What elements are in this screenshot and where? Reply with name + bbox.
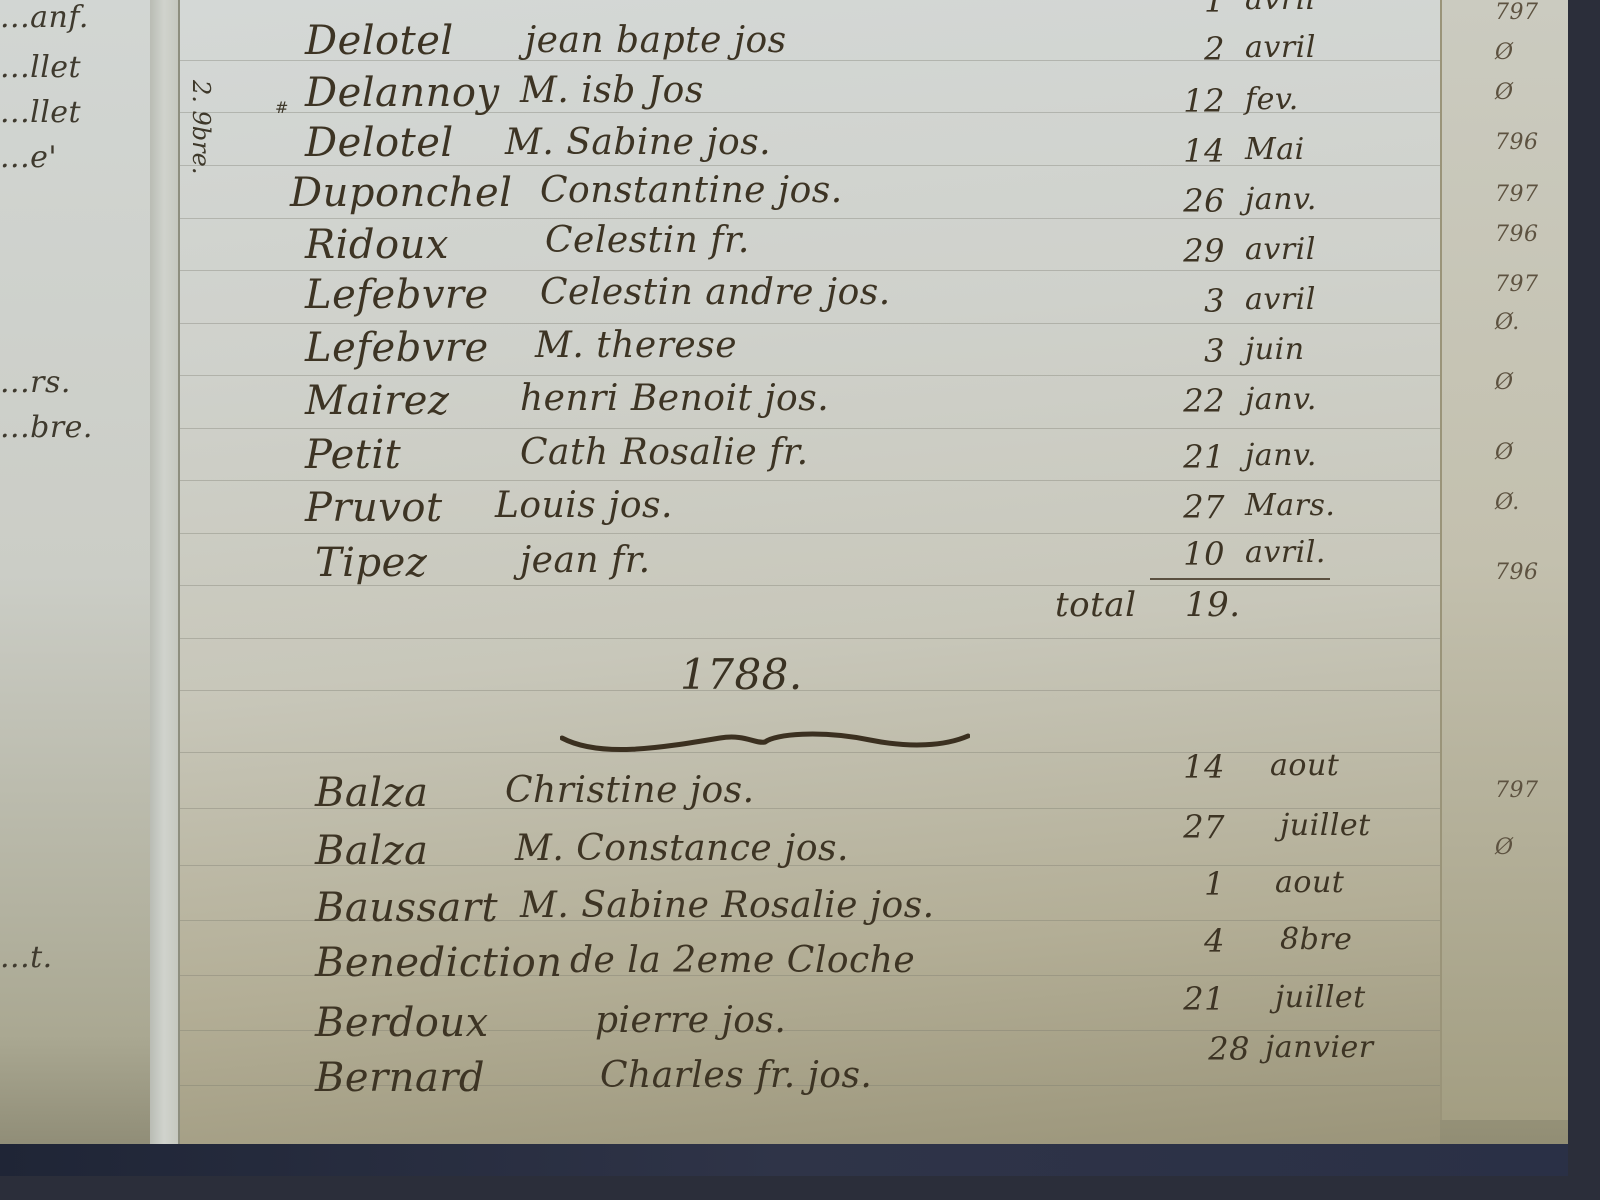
year-ref: Ø — [1495, 40, 1514, 65]
entry-month: avril — [1245, 0, 1316, 17]
entry-month: janv. — [1245, 182, 1317, 217]
entry-surname: Benediction — [315, 940, 563, 986]
entry-given-names: Cath Rosalie fr. — [520, 432, 809, 473]
ruled-line — [180, 533, 1440, 534]
left-page-fragment: ...llet — [0, 95, 81, 130]
entry-day: 21 — [1165, 980, 1225, 1018]
entry-surname: Balza — [315, 828, 428, 874]
year-ref: Ø — [1495, 80, 1514, 105]
entry-surname: Ridoux — [305, 222, 449, 268]
year-heading: 1788. — [680, 650, 803, 699]
total-value: 19. — [1185, 585, 1241, 625]
entry-given-names: jean bapte jos — [525, 20, 787, 61]
total-rule — [1150, 578, 1330, 580]
entry-surname: Baussart — [315, 885, 498, 931]
year-ref: 796 — [1495, 222, 1539, 247]
left-page-fragment: ...t. — [0, 940, 53, 975]
entry-month: Mai — [1245, 132, 1305, 167]
entry-day: 4 — [1165, 922, 1225, 960]
entry-surname: Balza — [315, 770, 428, 816]
ruled-line — [180, 480, 1440, 481]
left-page-fragment: ...anf. — [0, 0, 89, 35]
entry-given-names: Celestin fr. — [545, 220, 750, 261]
entry-day: 1 — [1165, 865, 1225, 903]
entry-given-names: M. Sabine Rosalie jos. — [520, 885, 935, 926]
entry-day: 14 — [1165, 132, 1225, 170]
entry-month: avril — [1245, 232, 1316, 267]
left-page-fragment: ...llet — [0, 50, 81, 85]
entry-surname: Bernard — [315, 1055, 485, 1101]
entry-given-names: Constantine jos. — [540, 170, 843, 211]
entry-surname: Berdoux — [315, 1000, 489, 1046]
year-ref: 797 — [1495, 182, 1539, 207]
entry-day: 22 — [1165, 382, 1225, 420]
entry-given-names: M. Constance jos. — [515, 828, 849, 869]
entry-month: avril. — [1245, 535, 1326, 570]
year-ref: 797 — [1495, 272, 1539, 297]
year-ref: 796 — [1495, 130, 1539, 155]
entry-given-names: M. Sabine jos. — [505, 122, 771, 163]
entry-month: juillet — [1280, 808, 1371, 843]
entry-month: aout — [1270, 748, 1339, 783]
entry-month: juin — [1245, 332, 1305, 367]
entry-surname: Delotel — [305, 18, 454, 64]
ruled-line — [180, 270, 1440, 271]
ruled-line — [180, 428, 1440, 429]
ruled-line — [180, 638, 1440, 639]
entry-surname: Lefebvre — [305, 272, 489, 318]
entry-given-names: henri Benoit jos. — [520, 378, 829, 419]
entry-day: 29 — [1165, 232, 1225, 270]
register-photo: ...anf. ...llet ...llet ...e' ...rs. ...… — [0, 0, 1568, 1176]
year-ref: Ø — [1495, 835, 1514, 860]
ruled-line — [180, 375, 1440, 376]
entry-surname: Pruvot — [305, 485, 443, 531]
total-label: total — [1055, 585, 1136, 625]
entry-day: 12 — [1165, 82, 1225, 120]
entry-day: 14 — [1165, 748, 1225, 786]
entry-surname: Mairez — [305, 378, 449, 424]
book-gutter — [150, 0, 180, 1150]
entry-given-names: de la 2eme Cloche — [570, 940, 915, 981]
entry-month: avril — [1245, 282, 1316, 317]
year-ref: Ø. — [1495, 490, 1520, 515]
entry-given-names: M. therese — [535, 325, 737, 366]
entry-month: janv. — [1245, 438, 1317, 473]
decorative-flourish — [560, 730, 970, 760]
ruled-line — [180, 690, 1440, 691]
left-page-fragment: ...rs. — [0, 365, 71, 400]
year-ref: Ø. — [1495, 310, 1520, 335]
entry-given-names: Louis jos. — [495, 485, 673, 526]
entry-surname: Duponchel — [290, 170, 512, 216]
left-page-fragment: ...bre. — [0, 410, 93, 445]
entry-month: fev. — [1245, 82, 1299, 117]
ruled-line — [180, 323, 1440, 324]
entry-day: 3 — [1165, 332, 1225, 370]
entry-given-names: pierre jos. — [595, 1000, 786, 1041]
entry-month: juillet — [1275, 980, 1366, 1015]
entry-given-names: jean fr. — [520, 540, 651, 581]
year-ref: 797 — [1495, 0, 1539, 25]
entry-day: 27 — [1165, 488, 1225, 526]
entry-surname: Petit — [305, 432, 401, 478]
entry-day: 28 — [1190, 1030, 1250, 1068]
entry-day: 26 — [1165, 182, 1225, 220]
entry-day: 27 — [1165, 808, 1225, 846]
entry-surname: Delannoy — [305, 70, 500, 116]
entry-surname: Lefebvre — [305, 325, 489, 371]
entry-surname: Tipez — [315, 540, 427, 586]
entry-given-names: Celestin andre jos. — [540, 272, 891, 313]
year-ref: Ø — [1495, 370, 1514, 395]
margin-side-note: 2. 9bre. — [187, 80, 215, 174]
entry-month: aout — [1275, 865, 1344, 900]
year-ref: 796 — [1495, 560, 1539, 585]
entry-day: 1 — [1165, 0, 1225, 20]
entry-month: Mars. — [1245, 488, 1335, 523]
entry-month: avril — [1245, 30, 1316, 65]
entry-day: 21 — [1165, 438, 1225, 476]
entry-month: 8bre — [1280, 922, 1352, 957]
entry-month: janvier — [1265, 1030, 1374, 1065]
entry-day: 2 — [1165, 30, 1225, 68]
entry-month: janv. — [1245, 382, 1317, 417]
entry-given-names: Charles fr. jos. — [600, 1055, 872, 1096]
entry-day: 10 — [1165, 535, 1225, 573]
background-cloth — [0, 1144, 1568, 1176]
hash-mark: # — [275, 98, 288, 117]
left-page-fragment: ...e' — [0, 140, 57, 175]
year-ref: Ø — [1495, 440, 1514, 465]
ruled-line — [180, 218, 1440, 219]
entry-surname: Delotel — [305, 120, 454, 166]
entry-given-names: Christine jos. — [505, 770, 755, 811]
year-ref: 797 — [1495, 778, 1539, 803]
entry-given-names: M. isb Jos — [520, 70, 704, 111]
entry-day: 3 — [1165, 282, 1225, 320]
